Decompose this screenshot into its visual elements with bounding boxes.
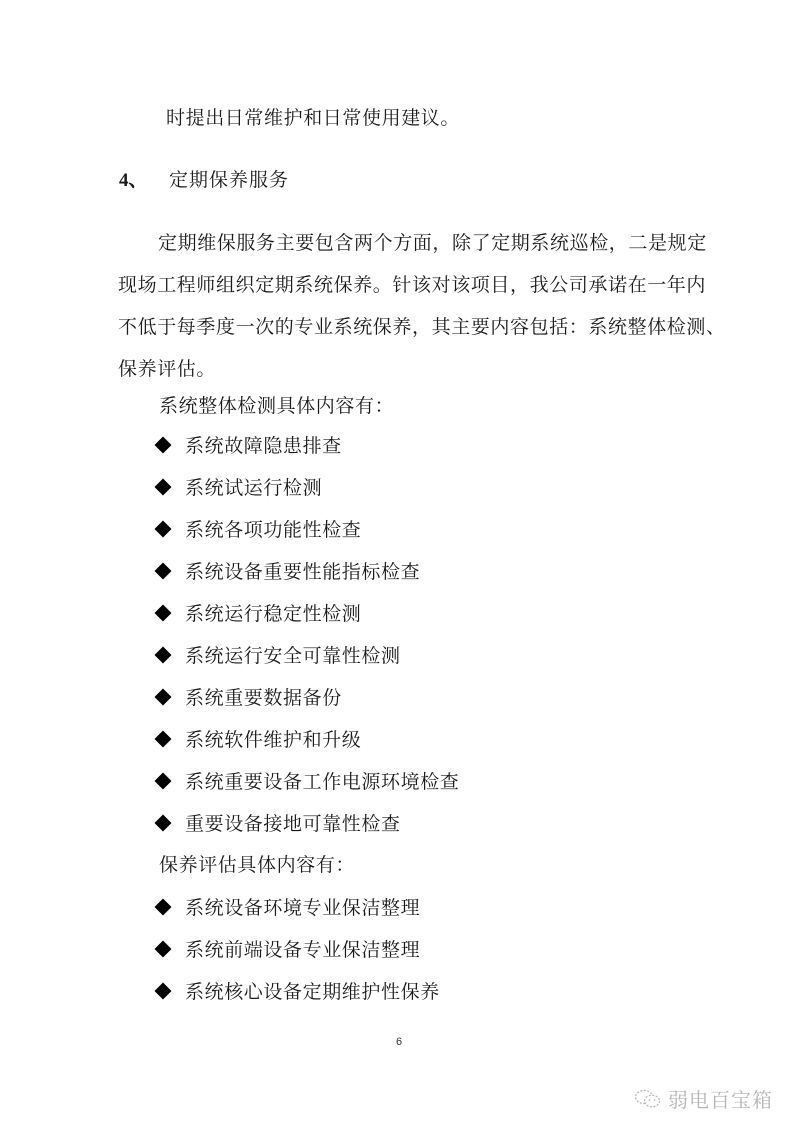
section-number: 4、 bbox=[119, 169, 169, 193]
list-item: 系统试运行检测 bbox=[154, 476, 322, 500]
diamond-bullet-icon bbox=[155, 773, 172, 790]
list-item: 系统核心设备定期维护性保养 bbox=[154, 980, 440, 1004]
diamond-bullet-icon bbox=[155, 815, 172, 832]
watermark-text: 弱电百宝箱 bbox=[668, 1084, 773, 1113]
section-heading: 4、定期保养服务 bbox=[119, 168, 289, 193]
diamond-bullet-icon bbox=[155, 437, 172, 454]
diamond-bullet-icon bbox=[155, 941, 172, 958]
diamond-bullet-icon bbox=[155, 647, 172, 664]
intro-paragraph: 定期维保服务主要包含两个方面，除了定期系统巡检，二是规定 现场工程师组织定期系统… bbox=[118, 222, 684, 390]
diamond-bullet-icon bbox=[155, 479, 172, 496]
list-item: 系统设备重要性能指标检查 bbox=[154, 560, 420, 584]
evaluation-label: 保养评估具体内容有： bbox=[159, 853, 355, 877]
section-title: 定期保养服务 bbox=[169, 169, 289, 191]
list-item: 系统各项功能性检查 bbox=[154, 518, 361, 542]
continuation-text: 时提出日常维护和日常使用建议。 bbox=[166, 106, 460, 130]
diamond-bullet-icon bbox=[155, 605, 172, 622]
list-item: 系统重要数据备份 bbox=[154, 686, 342, 710]
list-item: 系统软件维护和升级 bbox=[154, 728, 361, 752]
diamond-bullet-icon bbox=[155, 563, 172, 580]
list-item: 系统设备环境专业保洁整理 bbox=[154, 896, 420, 920]
list-item: 重要设备接地可靠性检查 bbox=[154, 812, 401, 836]
page-number: 6 bbox=[396, 1036, 402, 1048]
diamond-bullet-icon bbox=[155, 899, 172, 916]
document-page: 时提出日常维护和日常使用建议。 4、定期保养服务 定期维保服务主要包含两个方面，… bbox=[0, 0, 800, 1131]
list-item: 系统故障隐患排查 bbox=[154, 434, 342, 458]
list-item: 系统重要设备工作电源环境检查 bbox=[154, 770, 459, 794]
diamond-bullet-icon bbox=[155, 689, 172, 706]
wechat-icon bbox=[634, 1088, 662, 1110]
paragraph-line: 不低于每季度一次的专业系统保养，其主要内容包括：系统整体检测、 bbox=[118, 306, 684, 348]
paragraph-line: 保养评估。 bbox=[118, 348, 684, 390]
diamond-bullet-icon bbox=[155, 983, 172, 1000]
watermark: 弱电百宝箱 bbox=[634, 1084, 773, 1113]
list-item: 系统运行稳定性检测 bbox=[154, 602, 361, 626]
paragraph-line: 定期维保服务主要包含两个方面，除了定期系统巡检，二是规定 bbox=[118, 222, 684, 264]
list-item: 系统运行安全可靠性检测 bbox=[154, 644, 401, 668]
paragraph-line: 现场工程师组织定期系统保养。针该对该项目，我公司承诺在一年内 bbox=[118, 264, 684, 306]
inspection-label: 系统整体检测具体内容有： bbox=[159, 394, 394, 418]
list-item: 系统前端设备专业保洁整理 bbox=[154, 938, 420, 962]
diamond-bullet-icon bbox=[155, 521, 172, 538]
diamond-bullet-icon bbox=[155, 731, 172, 748]
